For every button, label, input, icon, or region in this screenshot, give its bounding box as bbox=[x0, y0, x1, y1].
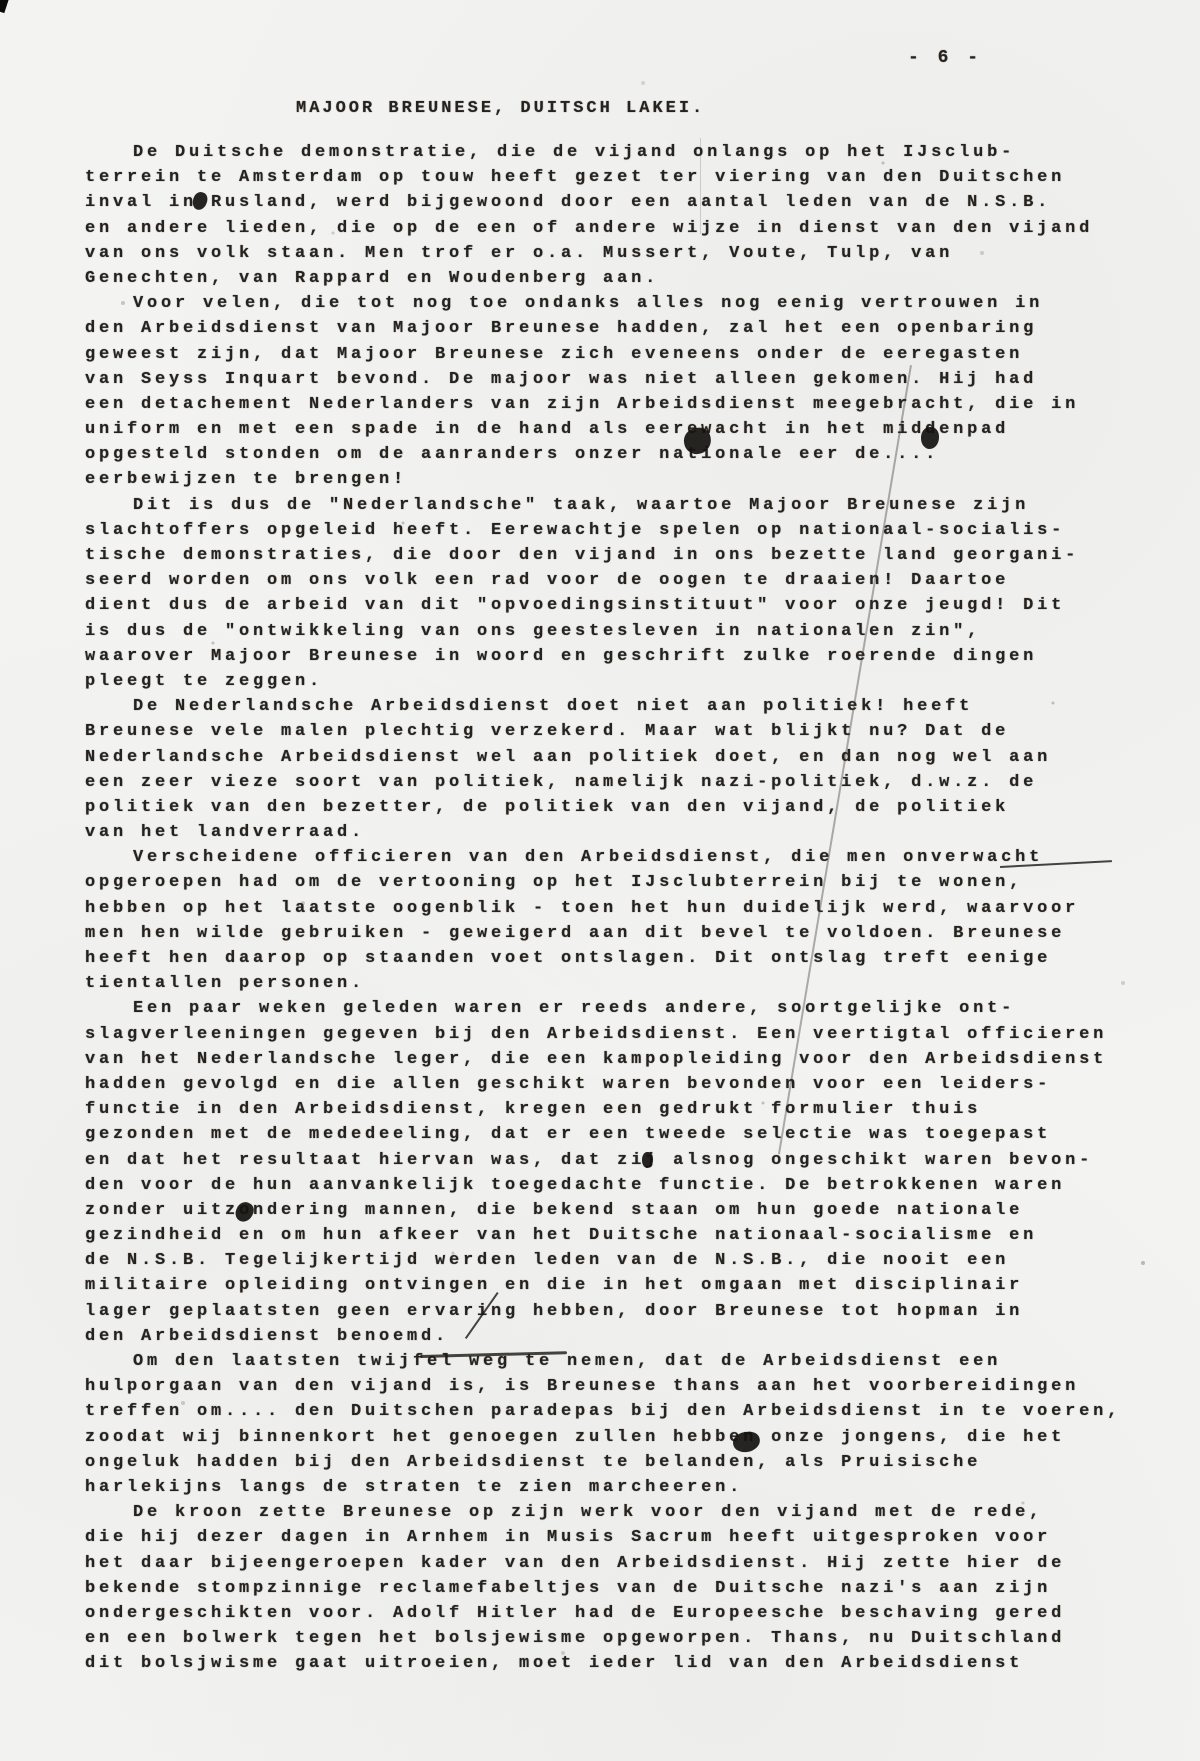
text-line: ondergeschikten voor. Adolf Hitler had d… bbox=[85, 1601, 1165, 1626]
text-line: lager geplaatsten geen ervaring hebben, … bbox=[85, 1299, 1165, 1324]
text-line: Nederlandsche Arbeidsdienst wel aan poli… bbox=[85, 745, 1165, 770]
paragraph: De Duitsche demonstratie, die de vijand … bbox=[85, 140, 1165, 291]
text-line: een zeer vieze soort van politiek, namel… bbox=[85, 770, 1165, 795]
text-line: militaire opleiding ontvingen en die in … bbox=[85, 1273, 1165, 1298]
text-line: Breunese vele malen plechtig verzekerd. … bbox=[85, 719, 1165, 744]
document-title: MAJOOR BREUNESE, DUITSCH LAKEI. bbox=[296, 99, 705, 118]
paragraph: De Nederlandsche Arbeidsdienst doet niet… bbox=[85, 694, 1165, 845]
text-line: functie in den Arbeidsdienst, kregen een… bbox=[85, 1097, 1165, 1122]
paragraph: Een paar weken geleden waren er reeds an… bbox=[85, 996, 1165, 1349]
text-line: men hen wilde gebruiken - geweigerd aan … bbox=[85, 921, 1165, 946]
text-line: hulporgaan van den vijand is, is Breunes… bbox=[85, 1374, 1165, 1399]
text-line: treffen om.... den Duitschen paradepas b… bbox=[85, 1399, 1165, 1424]
text-line: en een bolwerk tegen het bolsjewisme opg… bbox=[85, 1626, 1165, 1651]
text-line: van Seyss Inquart bevond. De majoor was … bbox=[85, 367, 1165, 392]
text-line: opgeroepen had om de vertooning op het I… bbox=[85, 870, 1165, 895]
text-line: den Arbeidsdienst van Majoor Breunese ha… bbox=[85, 316, 1165, 341]
text-line: uniform en met een spade in de hand als … bbox=[85, 417, 1165, 442]
text-line: politiek van den bezetter, de politiek v… bbox=[85, 795, 1165, 820]
text-line: den voor de hun aanvankelijk toegedachte… bbox=[85, 1173, 1165, 1198]
text-line: waarover Majoor Breunese in woord en ges… bbox=[85, 644, 1165, 669]
text-line: die hij dezer dagen in Arnhem in Musis S… bbox=[85, 1525, 1165, 1550]
text-line: en dat het resultaat hiervan was, dat zi… bbox=[85, 1148, 1165, 1173]
paragraph: Voor velen, die tot nog toe ondanks alle… bbox=[85, 291, 1165, 493]
text-line: en andere lieden, die op de een of ander… bbox=[85, 216, 1165, 241]
text-line: Om den laatsten twijfel weg te nemen, da… bbox=[85, 1349, 1165, 1374]
paragraph: Om den laatsten twijfel weg te nemen, da… bbox=[85, 1349, 1165, 1500]
text-line: seerd worden om ons volk een rad voor de… bbox=[85, 568, 1165, 593]
paragraph: Verscheidene officieren van den Arbeidsd… bbox=[85, 845, 1165, 996]
text-line: De Duitsche demonstratie, die de vijand … bbox=[85, 140, 1165, 165]
text-line: het daar bijeengeroepen kader van den Ar… bbox=[85, 1551, 1165, 1576]
paragraph: De kroon zette Breunese op zijn werk voo… bbox=[85, 1500, 1165, 1676]
text-line: opgesteld stonden om de aanranders onzer… bbox=[85, 442, 1165, 467]
text-line: van het landverraad. bbox=[85, 820, 1165, 845]
document-body: De Duitsche demonstratie, die de vijand … bbox=[85, 140, 1165, 1676]
text-line: Genechten, van Rappard en Woudenberg aan… bbox=[85, 266, 1165, 291]
text-line: dient dus de arbeid van dit "opvoedingsi… bbox=[85, 593, 1165, 618]
text-line: Dit is dus de "Nederlandsche" taak, waar… bbox=[85, 493, 1165, 518]
fold-mark bbox=[700, 138, 701, 234]
text-line: bekende stompzinnige reclamefabeltjes va… bbox=[85, 1576, 1165, 1601]
text-line: De kroon zette Breunese op zijn werk voo… bbox=[85, 1500, 1165, 1525]
text-line: geweest zijn, dat Majoor Breunese zich e… bbox=[85, 342, 1165, 367]
text-line: een detachement Nederlanders van zijn Ar… bbox=[85, 392, 1165, 417]
paragraph: Dit is dus de "Nederlandsche" taak, waar… bbox=[85, 493, 1165, 695]
text-line: van ons volk staan. Men trof er o.a. Mus… bbox=[85, 241, 1165, 266]
text-line: tische demonstraties, die door den vijan… bbox=[85, 543, 1165, 568]
text-line: van het Nederlandsche leger, die een kam… bbox=[85, 1047, 1165, 1072]
scan-corner-mark bbox=[0, 0, 9, 13]
page-number: - 6 - bbox=[908, 48, 982, 68]
text-line: Voor velen, die tot nog toe ondanks alle… bbox=[85, 291, 1165, 316]
text-line: terrein te Amsterdam op touw heeft gezet… bbox=[85, 165, 1165, 190]
text-line: harlekijns langs de straten te zien marc… bbox=[85, 1475, 1165, 1500]
text-line: heeft hen daarop op staanden voet ontsla… bbox=[85, 946, 1165, 971]
text-line: ongeluk hadden bij den Arbeidsdienst te … bbox=[85, 1450, 1165, 1475]
text-line: De Nederlandsche Arbeidsdienst doet niet… bbox=[85, 694, 1165, 719]
text-line: hadden gevolgd en die allen geschikt war… bbox=[85, 1072, 1165, 1097]
text-line: is dus de "ontwikkeling van ons geestesl… bbox=[85, 619, 1165, 644]
text-line: den Arbeidsdienst benoemd. bbox=[85, 1324, 1165, 1349]
text-line: pleegt te zeggen. bbox=[85, 669, 1165, 694]
text-line: Een paar weken geleden waren er reeds an… bbox=[85, 996, 1165, 1021]
text-line: hebben op het laatste oogenblik - toen h… bbox=[85, 896, 1165, 921]
scanned-page: - 6 - MAJOOR BREUNESE, DUITSCH LAKEI. De… bbox=[0, 0, 1200, 1761]
text-line: slachtoffers opgeleid heeft. Eerewachtje… bbox=[85, 518, 1165, 543]
text-line: dit bolsjwisme gaat uitroeien, moet iede… bbox=[85, 1651, 1165, 1676]
text-line: gezindheid en om hun afkeer van het Duit… bbox=[85, 1223, 1165, 1248]
text-line: inval in Rusland, werd bijgewoond door e… bbox=[85, 190, 1165, 215]
text-line: gezonden met de mededeeling, dat er een … bbox=[85, 1122, 1165, 1147]
text-line: tientallen personen. bbox=[85, 971, 1165, 996]
scan-speckles bbox=[0, 0, 2, 2]
text-line: zoodat wij binnenkort het genoegen zulle… bbox=[85, 1425, 1165, 1450]
text-line: de N.S.B. Tegelijkertijd werden leden va… bbox=[85, 1248, 1165, 1273]
text-line: slagverleeningen gegeven bij den Arbeids… bbox=[85, 1022, 1165, 1047]
text-line: eerbewijzen te brengen! bbox=[85, 467, 1165, 492]
